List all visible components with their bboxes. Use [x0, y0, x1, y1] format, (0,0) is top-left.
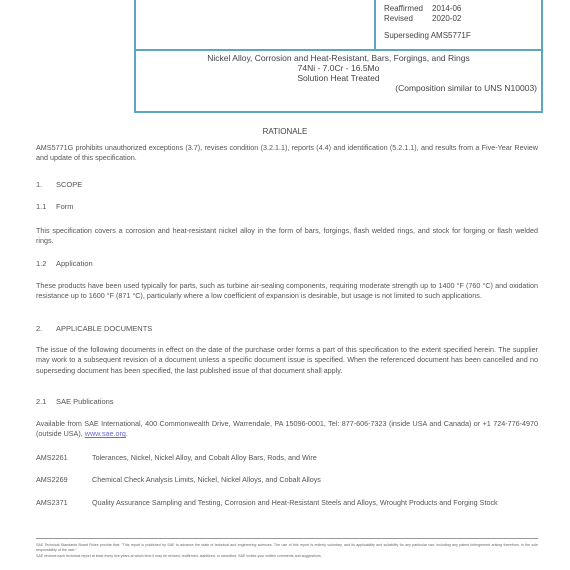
- rationale-text: AMS5771G prohibits unauthorized exceptio…: [36, 143, 538, 164]
- reference-code: AMS2269: [36, 475, 92, 485]
- section-title: APPLICABLE DOCUMENTS: [56, 324, 152, 333]
- document-title: Nickel Alloy, Corrosion and Heat-Resista…: [136, 53, 541, 63]
- header-logo-cell: [136, 0, 376, 49]
- section-title: SCOPE: [56, 180, 82, 189]
- section-number: 1.2: [36, 259, 56, 268]
- section-number: 1.1: [36, 202, 56, 211]
- application-text: These products have been used typically …: [36, 281, 538, 302]
- reference-item: AMS2371 Quality Assurance Sampling and T…: [36, 498, 538, 508]
- composition-formula: 74Ni - 7.0Cr - 16.5Mo: [136, 63, 541, 73]
- revised-date: 2020-02: [432, 14, 461, 24]
- section-form-heading: 1.1Form: [36, 202, 74, 211]
- reaffirmed-date: 2014-06: [432, 4, 461, 14]
- reaffirmed-row: Reaffirmed 2014-06: [384, 4, 471, 14]
- reference-item: AMS2269 Chemical Check Analysis Limits, …: [36, 475, 538, 485]
- reference-title: Chemical Check Analysis Limits, Nickel, …: [92, 475, 538, 485]
- sae-publications-text: Available from SAE International, 400 Co…: [36, 419, 538, 440]
- reference-code: AMS2371: [36, 498, 92, 508]
- revision-info: Reaffirmed 2014-06 Revised 2020-02 Super…: [384, 4, 471, 41]
- rationale-heading: RATIONALE: [0, 127, 570, 136]
- section-application-heading: 1.2Application: [36, 259, 93, 268]
- treatment-condition: Solution Heat Treated: [136, 73, 541, 83]
- header-top-row: Reaffirmed 2014-06 Revised 2020-02 Super…: [136, 0, 541, 51]
- section-sae-publications-heading: 2.1SAE Publications: [36, 397, 114, 406]
- link-suffix: .: [126, 429, 128, 438]
- superseding-note: Superseding AMS5771F: [384, 31, 471, 41]
- document-header-box: Reaffirmed 2014-06 Revised 2020-02 Super…: [134, 0, 543, 113]
- footer-divider: [36, 538, 538, 539]
- reference-item: AMS2261 Tolerances, Nickel, Nickel Alloy…: [36, 453, 538, 463]
- document-title-block: Nickel Alloy, Corrosion and Heat-Resista…: [136, 53, 541, 93]
- form-text: This specification covers a corrosion an…: [36, 226, 538, 247]
- reference-title: Tolerances, Nickel, Nickel Alloy, and Co…: [92, 453, 538, 463]
- sae-website-link[interactable]: www.sae.org: [85, 429, 126, 438]
- revised-label: Revised: [384, 14, 432, 24]
- reference-code: AMS2261: [36, 453, 92, 463]
- section-scope-heading: 1.SCOPE: [36, 180, 82, 189]
- reference-title: Quality Assurance Sampling and Testing, …: [92, 498, 538, 508]
- section-number: 1.: [36, 180, 56, 189]
- section-number: 2.: [36, 324, 56, 333]
- footer-note-review: SAE reviews each technical report at lea…: [36, 554, 538, 559]
- applicable-documents-text: The issue of the following documents in …: [36, 345, 538, 376]
- section-title: Form: [56, 202, 74, 211]
- composition-note: (Composition similar to UNS N10003): [136, 83, 541, 93]
- section-title: Application: [56, 259, 93, 268]
- reaffirmed-label: Reaffirmed: [384, 4, 432, 14]
- revised-row: Revised 2020-02: [384, 14, 471, 24]
- section-applicable-documents-heading: 2.APPLICABLE DOCUMENTS: [36, 324, 152, 333]
- footer-note-standards: SAE Technical Standards Board Rules prov…: [36, 543, 538, 552]
- section-title: SAE Publications: [56, 397, 114, 406]
- section-number: 2.1: [36, 397, 56, 406]
